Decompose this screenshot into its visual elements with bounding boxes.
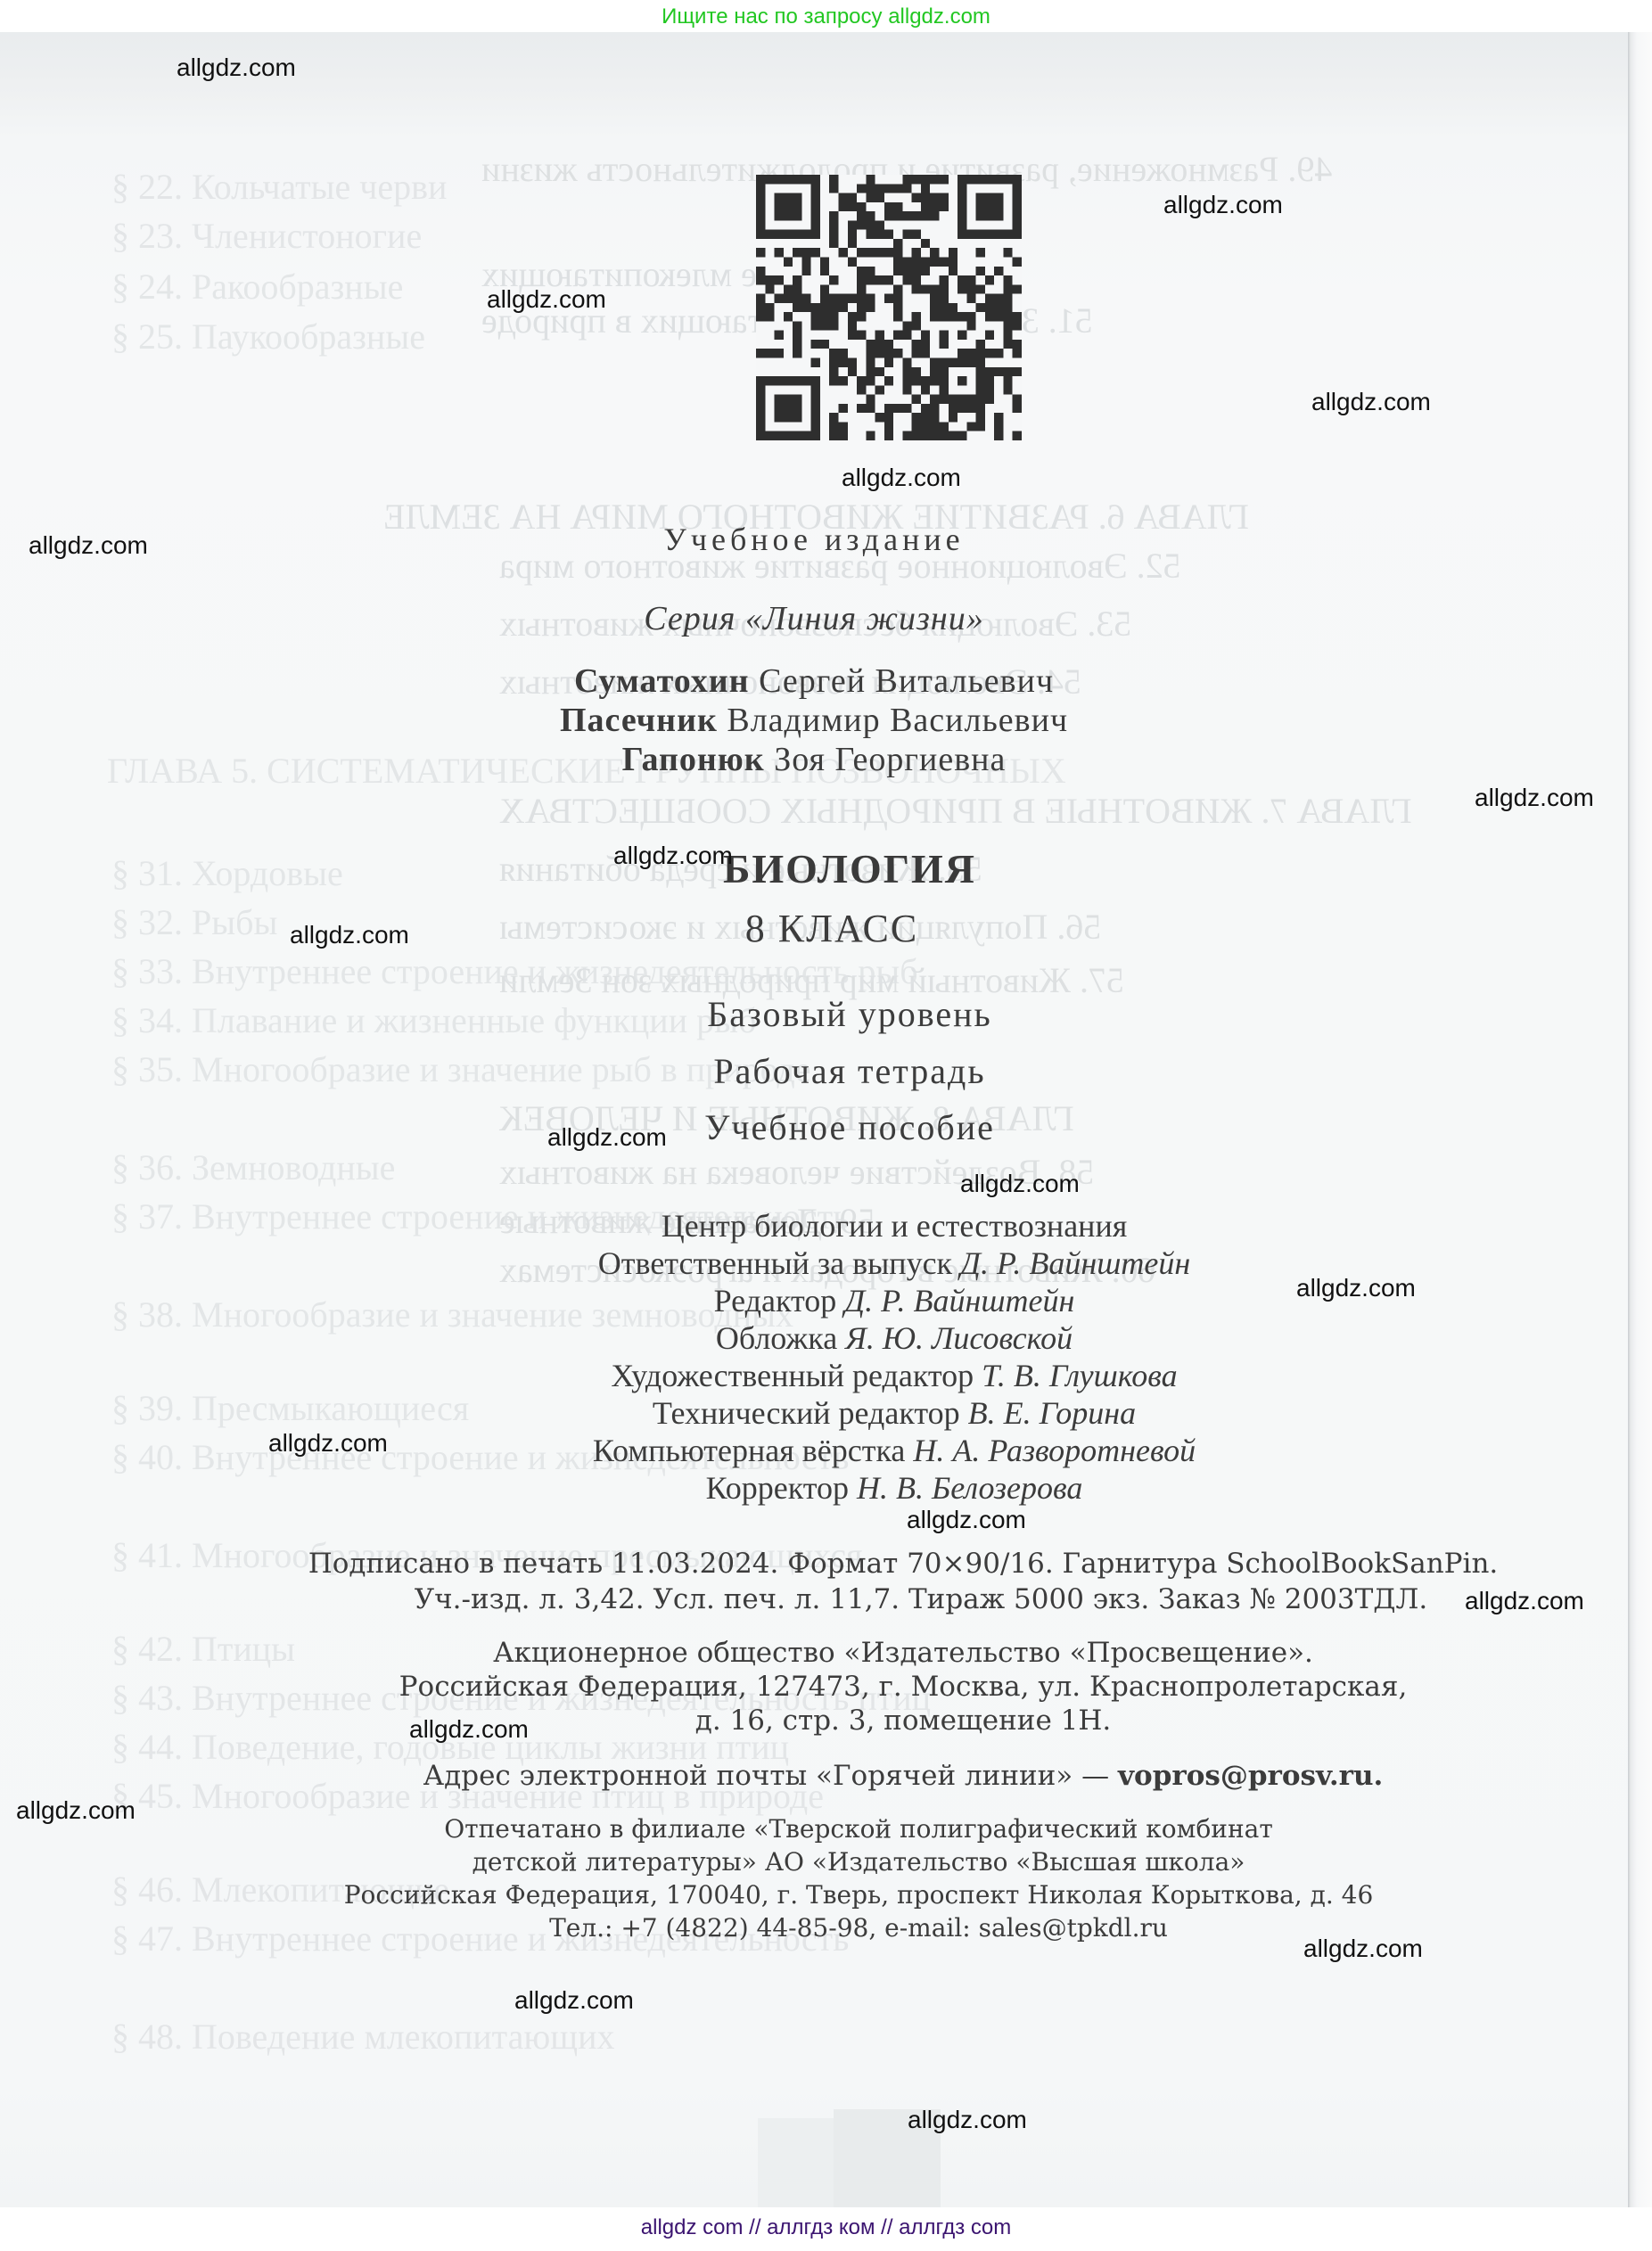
grade-label: 8 КЛАСС: [18, 906, 1628, 951]
hotline-email[interactable]: vopros@prosv.ru.: [1118, 1760, 1383, 1792]
author-surname: Суматохин: [574, 662, 750, 700]
watermark[interactable]: allgdz.com: [842, 465, 961, 490]
center-name: Центр биологии и естествознания: [80, 1207, 1628, 1245]
printer-line: детской литературы» АО «Издательство «Вы…: [45, 1847, 1628, 1877]
ghost-line: § 33. Внутреннее строение и жизнедеятель…: [111, 950, 918, 992]
credit-line: Художественный редактор Т. В. Глушкова: [80, 1357, 1628, 1394]
top-banner[interactable]: Ищите нас по запросу allgdz.com: [0, 0, 1652, 32]
watermark[interactable]: allgdz.com: [290, 923, 409, 948]
page-edge: [1628, 32, 1652, 2207]
credit-role: Ответственный за выпуск: [598, 1245, 952, 1281]
watermark[interactable]: allgdz.com: [960, 1171, 1080, 1196]
credit-name: Т. В. Глушкова: [982, 1358, 1178, 1393]
series-name: Серия «Линия жизни»: [0, 599, 1628, 638]
publisher-line: Российская Федерация, 127473, г. Москва,…: [89, 1671, 1628, 1703]
author-surname: Пасечник: [560, 702, 718, 739]
ghost-line: § 25. Паукообразные: [111, 316, 425, 357]
credit-role: Корректор: [706, 1470, 849, 1506]
watermark[interactable]: allgdz.com: [1311, 390, 1431, 415]
credit-name: Д. Р. Вайнштейн: [844, 1283, 1074, 1319]
footer-text[interactable]: allgdz com // аллгдз ком // аллгдз com: [641, 2215, 1011, 2239]
edition-type: Учебное издание: [0, 521, 1628, 558]
watermark[interactable]: allgdz.com: [177, 55, 296, 80]
watermark[interactable]: allgdz.com: [1303, 1936, 1423, 1961]
print-info-line: Подписано в печать 11.03.2024. Формат 70…: [89, 1548, 1628, 1580]
watermark[interactable]: allgdz.com: [547, 1125, 667, 1150]
watermark[interactable]: allgdz.com: [514, 1988, 634, 2013]
watermark[interactable]: allgdz.com: [29, 533, 148, 558]
watermark[interactable]: allgdz.com: [16, 1798, 136, 1823]
author-line: Суматохин Сергей Витальевич: [0, 661, 1628, 701]
publisher-line: д. 16, стр. 3, помещение 1Н.: [89, 1705, 1628, 1737]
book-kind-label: Учебное пособие: [36, 1106, 1628, 1148]
credit-role: Компьютерная вёрстка: [593, 1433, 906, 1468]
book-type-label: Рабочая тетрадь: [36, 1050, 1628, 1092]
author-line: Пасечник Владимир Васильевич: [0, 701, 1628, 740]
level-label: Базовый уровень: [36, 993, 1628, 1035]
credit-line: Технический редактор В. Е. Горина: [80, 1394, 1628, 1432]
author-surname: Гапонюк: [622, 741, 765, 778]
watermark[interactable]: allgdz.com: [268, 1431, 388, 1456]
credit-role: Редактор: [714, 1283, 837, 1319]
watermark[interactable]: allgdz.com: [1465, 1589, 1584, 1614]
watermark[interactable]: allgdz.com: [613, 843, 733, 868]
watermark[interactable]: allgdz.com: [1163, 193, 1283, 218]
ghost-line: § 48. Поведение млекопитающих: [111, 2016, 615, 2058]
watermark[interactable]: allgdz.com: [908, 2107, 1027, 2132]
scanned-page: 49. Размножение, развитие и продолжитель…: [0, 32, 1628, 2207]
watermark[interactable]: allgdz.com: [487, 287, 606, 312]
credit-name: Н. В. Белозерова: [857, 1470, 1082, 1506]
credit-name: В. Е. Горина: [968, 1395, 1136, 1431]
watermark[interactable]: allgdz.com: [409, 1717, 529, 1742]
hotline-label: Адрес электронной почты «Горячей линии» …: [423, 1760, 1109, 1792]
credit-line: Корректор Н. В. Белозерова: [80, 1469, 1628, 1507]
credit-name: Я. Ю. Лисовской: [845, 1320, 1073, 1356]
credit-role: Художественный редактор: [611, 1358, 974, 1393]
author-line: Гапонюк Зоя Георгиевна: [0, 740, 1628, 779]
watermark[interactable]: allgdz.com: [907, 1508, 1026, 1532]
ghost-line: ГЛАВА 7. ЖИВОТНЫЕ В ПРИРОДНЫХ СООБЩЕСТВА…: [499, 790, 1412, 832]
print-info-line: Уч.-изд. л. 3,42. Усл. печ. л. 11,7. Тир…: [107, 1583, 1628, 1615]
credit-role: Технический редактор: [653, 1395, 960, 1431]
author-given: Сергей Витальевич: [759, 662, 1054, 700]
printer-line: Отпечатано в филиале «Тверской полиграфи…: [45, 1814, 1628, 1844]
top-banner-text[interactable]: Ищите нас по запросу allgdz.com: [662, 4, 990, 29]
watermark[interactable]: allgdz.com: [1475, 785, 1594, 810]
watermark[interactable]: allgdz.com: [1296, 1276, 1416, 1301]
credit-role: Обложка: [716, 1320, 837, 1356]
ghost-line: § 36. Земноводные: [111, 1146, 395, 1188]
author-given: Владимир Васильевич: [727, 702, 1068, 739]
printer-line: Российская Федерация, 170040, г. Тверь, …: [45, 1880, 1628, 1910]
credit-name: Д. Р. Вайнштейн: [960, 1245, 1190, 1281]
ghost-line: § 22. Кольчатые черви: [111, 166, 447, 208]
credit-name: Н. А. Разворотневой: [913, 1433, 1196, 1468]
footer-banner[interactable]: allgdz com // аллгдз ком // аллгдз com: [0, 2207, 1652, 2251]
qr-code-icon[interactable]: [756, 175, 1022, 440]
ghost-line: § 23. Членистоногие: [111, 215, 422, 257]
publisher-line: Акционерное общество «Издательство «Прос…: [89, 1637, 1628, 1669]
credit-line: Обложка Я. Ю. Лисовской: [80, 1319, 1628, 1357]
author-given: Зоя Георгиевна: [774, 741, 1006, 778]
ghost-line: § 24. Ракообразные: [111, 266, 403, 308]
hotline-line: Адрес электронной почты «Горячей линии» …: [89, 1760, 1628, 1792]
subject-title: БИОЛОГИЯ: [36, 845, 1628, 892]
